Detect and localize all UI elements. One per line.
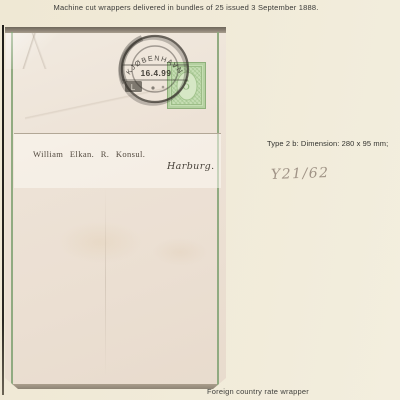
bottom-caption: Foreign country rate wrapper [207,387,309,396]
postmark-dot [151,86,154,89]
page-edge [2,25,4,395]
wrapper-bottom-edge [5,384,226,389]
album-page: { "page": { "top_caption": "Machine cut … [0,0,400,400]
addressee-text: William Elkan. R. Konsul. [33,149,145,159]
page-title: Machine cut wrappers delivered in bundle… [0,3,372,12]
postal-wrapper: William Elkan. R. Konsul. Harburg. 5 KJØ… [5,27,226,389]
paper-crease [105,187,106,377]
wrapper-green-rule-right [217,32,219,386]
pencil-catalog-note: Y21/62 [271,165,330,183]
postmark-date: 16.4.99 [141,69,172,78]
paper-fold [6,33,64,69]
wrapper-green-rule-left [11,32,13,386]
postmark: KJØBENHAVN 16.4.99 L [113,27,197,111]
type-dimension-note: Type 2 b: Dimension: 280 x 95 mm; [267,139,388,148]
killer-block-mark: L [131,83,136,92]
postmark-dot [162,86,165,89]
destination-text: Harburg. [167,161,215,172]
